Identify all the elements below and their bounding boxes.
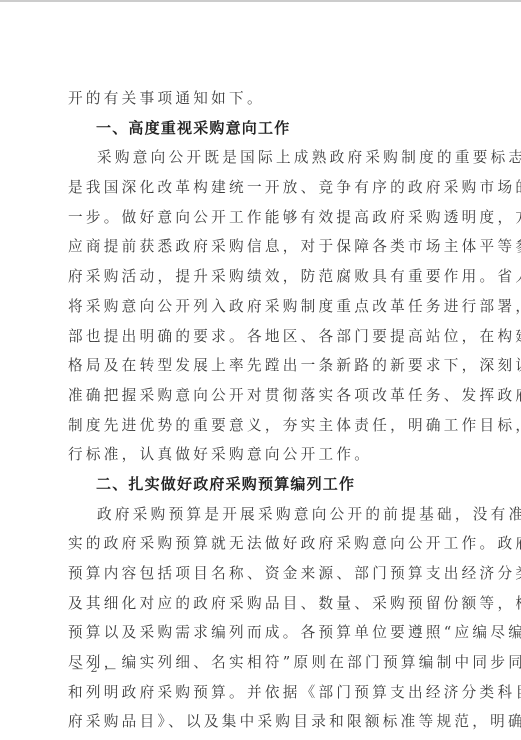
text-line: 准确把握采购意向公开对贯彻落实各项改革任务、发挥政府采购 — [68, 381, 454, 411]
text-line: 一步。做好意向公开工作能够有效提高政府采购透明度，方便供 — [68, 203, 454, 233]
top-border — [0, 0, 521, 2]
text-line: 尽列，编实列细、名实相符”原则在部门预算编制中同步同时编制 — [68, 648, 454, 678]
section-heading: 一、高度重视采购意向工作 — [68, 114, 454, 144]
text-line: 采购意向公开既是国际上成熟政府采购制度的重要标志，也 — [68, 143, 454, 173]
text-line: 部也提出明确的要求。各地区、各部门要提高站位，在构建新发展 — [68, 322, 454, 352]
text-line: 行标准，认真做好采购意向公开工作。 — [68, 440, 454, 470]
text-line: 应商提前获悉政府采购信息，对于保障各类市场主体平等参与政 — [68, 232, 454, 262]
section-heading: 二、扎实做好政府采购预算编列工作 — [68, 470, 454, 500]
text-line: 将采购意向公开列入政府采购制度重点改革任务进行部署，财政 — [68, 292, 454, 322]
document-body: 开的有关事项通知如下。一、高度重视采购意向工作采购意向公开既是国际上成熟政府采购… — [68, 84, 454, 737]
text-line: 府采购活动，提升采购绩效，防范腐败具有重要作用。省人民政府 — [68, 262, 454, 292]
text-line: 实的政府采购预算就无法做好政府采购意向公开工作。政府采购 — [68, 529, 454, 559]
text-line: 政府采购预算是开展采购意向公开的前提基础，没有准确详 — [68, 500, 454, 530]
text-line: 及其细化对应的政府采购品目、数量、采购预留份额等，根据部门 — [68, 589, 454, 619]
text-line: 格局及在转型发展上率先蹚出一条新路的新要求下，深刻认识和 — [68, 351, 454, 381]
text-line: 开的有关事项通知如下。 — [68, 84, 454, 114]
page-number: — 2 — — [72, 662, 118, 675]
text-line: 制度先进优势的重要意义，夯实主体责任，明确工作目标，细化执 — [68, 411, 454, 441]
text-line: 是我国深化改革构建统一开放、竞争有序的政府采购市场的关键 — [68, 173, 454, 203]
text-line: 府采购品目》、以及集中采购目录和限额标准等规范，明确采购需 — [68, 707, 454, 737]
text-line: 和列明政府采购预算。并依据《部门预算支出经济分类科目》《政 — [68, 678, 454, 708]
text-line: 预算以及采购需求编列而成。各预算单位要遵照“应编尽编、应列 — [68, 618, 454, 648]
text-line: 预算内容包括项目名称、资金来源、部门预算支出经济分类科目以 — [68, 559, 454, 589]
